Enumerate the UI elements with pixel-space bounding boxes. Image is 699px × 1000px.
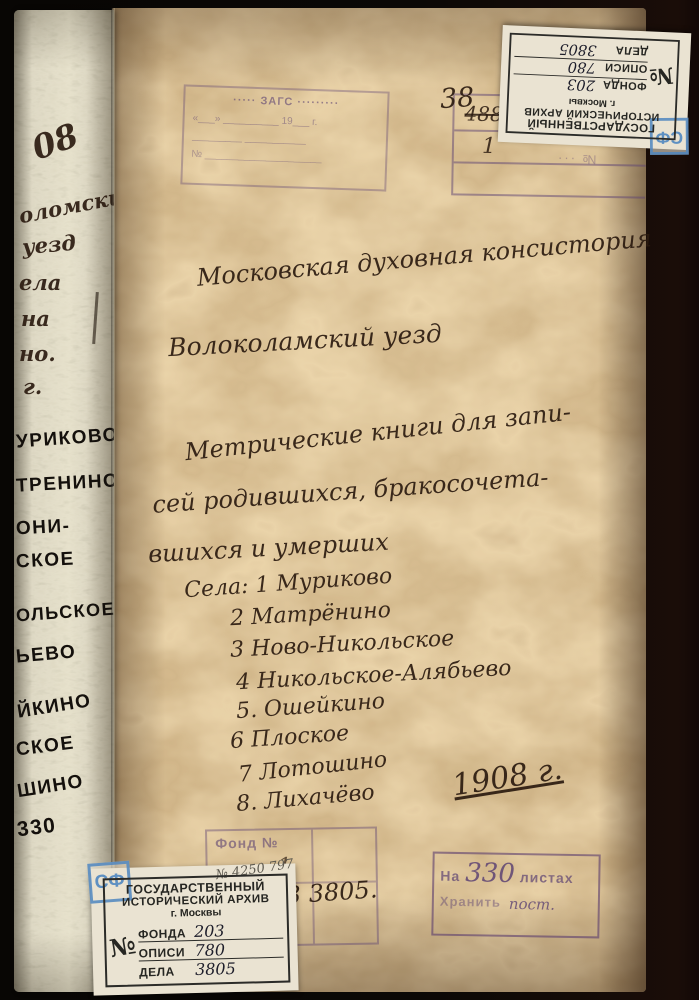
spine-fragment-na: на [21,306,50,331]
faint-stamp-fragment: № ··· [556,152,597,168]
label-frame: ГОСУДАРСТВЕННЫЙ ИСТОРИЧЕСКИЙ АРХИВ г. Мо… [505,33,679,141]
handwritten-one: 1 [482,134,496,159]
archive-label-top-flipped: СФ ГОСУДАРСТВЕННЫЙ ИСТОРИЧЕСКИЙ АРХИВ г.… [498,25,692,150]
row-label: ОПИСИ [596,60,648,75]
registry-stamp-line1: ····· ЗАГС ········· [193,93,379,111]
row-value: 3805 [559,40,597,59]
sheets-count: 330 [465,858,515,889]
spine-fragment-g: г. [23,374,42,399]
row-value: 203 [567,76,596,95]
book-spine: 08 оломский уезд ела на но. г. УРИКОВО Т… [14,10,114,992]
label-frame: ГОСУДАРСТВЕННЫЙ ИСТОРИЧЕСКИЙ АРХИВ г. Мо… [103,874,291,988]
label-table: № ФОНДА 203 ОПИСИ 780 ДЕЛА 3805 [513,39,674,97]
row-value: 3805 [195,959,236,979]
ink-number-top: 38 [439,82,475,115]
label-table: № ФОНДА 203 ОПИСИ 780 ДЕЛА 3805 [110,920,284,981]
row-label: ДЕЛА [596,43,648,58]
archive-label-bottom: СФ № 4250 797 ГОСУДАРСТВЕННЫЙ ИСТОРИЧЕСК… [90,863,298,995]
row-value: 203 [194,921,225,941]
spine-fragment-no: но. [19,341,56,366]
photo-of-archival-book-cover: 08 оломский уезд ела на но. г. УРИКОВО Т… [0,0,699,1000]
sheets-prefix: На [440,868,460,884]
registry-stamp-line4: № _____________________ [191,149,377,166]
spine-fragment-sela: ела [19,270,61,295]
spine-village-novo-nik-2: СКОЕ [15,548,75,573]
row-value: 780 [194,940,225,960]
fond-stamp-title: Фонд № [215,834,279,851]
row-label: ФОНДА [595,78,647,93]
sheets-suffix: листах [520,869,574,886]
keep-written-word: пост. [509,895,555,914]
registry-stamp: ····· ЗАГС ········· «___» __________ 19… [180,84,389,191]
row-value: 780 [567,58,596,77]
spine-cover-crease [111,8,115,992]
spine-village-novo-nik-1: ОНИ- [15,516,71,541]
row-label: ФОНДА [138,926,194,941]
keep-stamped-word: Хранить [440,894,501,913]
spine-number-330: 330 [16,814,58,843]
registry-stamp-line2: «___» __________ 19___ г. [192,113,378,130]
row-label: ОПИСИ [138,945,194,960]
row-label: ДЕЛА [139,964,195,979]
number-sign: № [645,45,676,99]
label-row-dela: ДЕЛА 3805 [139,958,284,980]
registry-stamp-line3: _________ ___________ [192,131,378,148]
sheet-count-stamp: На 330 листах Хранить пост. [431,852,600,939]
spine-fragment-uyezd: уезд [21,230,77,260]
stamp-rule [454,161,646,166]
